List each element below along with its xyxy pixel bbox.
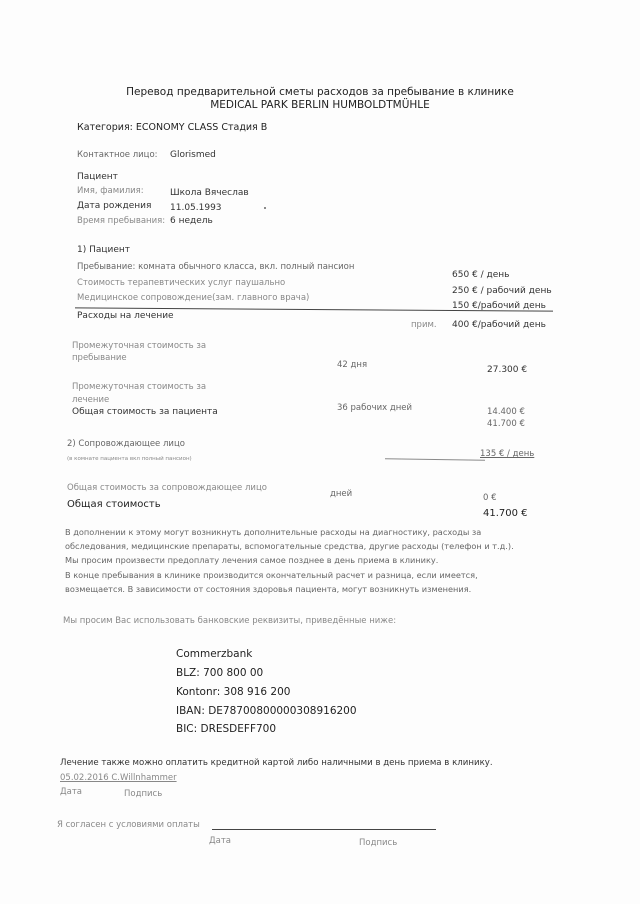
subtotal-treat-days: 36 рабочих дней [337, 403, 412, 413]
date-label: Дата [60, 787, 82, 797]
subtotal-treat-amount: 14.400 € [487, 407, 525, 417]
birth-value: 11.05.1993 [170, 203, 222, 213]
item-medical-label: Медицинское сопровождение(зам. главного … [77, 293, 309, 303]
note-line-5: возмещается. В зависимости от состояния … [65, 584, 471, 594]
bank-iban: IBAN: DE78700800000308916200 [176, 705, 357, 717]
agree-date-label: Дата [209, 836, 231, 846]
treatment-note: прим. [411, 320, 437, 330]
dashed-rule [385, 458, 485, 460]
section1-heading: 1) Пациент [77, 245, 130, 255]
agree-label: Я согласен с условиями оплаты [57, 820, 200, 830]
contact-value: Glorismed [170, 150, 216, 160]
treatment-label: Расходы на лечение [77, 311, 174, 321]
subtotal-stay-label-2: пребывание [72, 353, 127, 363]
grand-total-amount: 41.700 € [483, 508, 528, 519]
speck [264, 207, 266, 209]
document-page: Перевод предварительной сметы расходов з… [0, 0, 640, 904]
patient-total-amount: 41.700 € [487, 419, 525, 429]
bank-bic: BIC: DRESDEFF700 [176, 723, 276, 735]
item-stay-price: 650 € / день [452, 270, 509, 280]
item-therapy-price: 250 € / рабочий день [452, 286, 552, 296]
companion-days: дней [330, 489, 352, 499]
grand-total-label: Общая стоимость [67, 499, 161, 510]
bank-kontonr: Kontonr: 308 916 200 [176, 686, 290, 698]
document-title: Перевод предварительной сметы расходов з… [0, 86, 640, 98]
companion-amount: 0 € [483, 493, 497, 503]
note-line-2: обследования, медицинские препараты, всп… [65, 541, 514, 551]
treatment-price: 400 €/рабочий день [452, 320, 546, 330]
signature-line [212, 829, 436, 830]
subtotal-treat-label-2: лечение [72, 395, 109, 405]
subtotal-stay-amount: 27.300 € [487, 365, 527, 375]
note-line-3: Мы просим произвести предоплату лечения … [65, 555, 438, 565]
subtotal-stay-label-1: Промежуточная стоимость за [72, 341, 206, 351]
clinic-name: MEDICAL PARK BERLIN HUMBOLDTMÜHLE [0, 99, 640, 111]
stay-label: Время пребывания: [77, 216, 165, 226]
subtotal-stay-days: 42 дня [337, 360, 367, 370]
item-therapy-label: Стоимость терапевтических услуг паушальн… [77, 278, 285, 288]
contact-label: Контактное лицо: [77, 150, 158, 160]
subtotal-treat-label-1: Промежуточная стоимость за [72, 382, 206, 392]
signed-date-signature: 05.02.2016 C.Willnhammer [60, 773, 177, 783]
agree-signature-label: Подпись [359, 838, 397, 848]
note-line-4: В конце пребывания в клинике производитс… [65, 570, 478, 580]
bank-blz: BLZ: 700 800 00 [176, 667, 263, 679]
category: Категория: ECONOMY CLASS Стадия В [77, 122, 267, 133]
section2-heading: 2) Сопровождающее лицо [67, 439, 185, 449]
item-stay-label: Пребывание: комната обычного класса, вкл… [77, 262, 354, 272]
companion-price: 135 € / день [480, 449, 534, 459]
name-value: Школа Вячеслав [170, 188, 249, 198]
birth-label: Дата рождения [77, 201, 151, 211]
companion-total-label: Общая стоимость за сопровождающее лицо [67, 483, 267, 493]
name-label: Имя, фамилия: [77, 186, 144, 196]
payment-note: Лечение также можно оплатить кредитной к… [60, 758, 493, 768]
bank-name: Commerzbank [176, 648, 252, 660]
patient-total-label: Общая стоимость за пациента [72, 407, 218, 417]
patient-heading: Пациент [77, 172, 118, 182]
section2-note: (в комнате пациента вкл полный пансион) [67, 456, 192, 462]
signature-label: Подпись [124, 789, 162, 799]
bank-intro: Мы просим Вас использовать банковские ре… [63, 616, 396, 626]
note-line-1: В дополнении к этому могут возникнуть до… [65, 527, 481, 537]
stay-value: 6 недель [170, 216, 213, 226]
